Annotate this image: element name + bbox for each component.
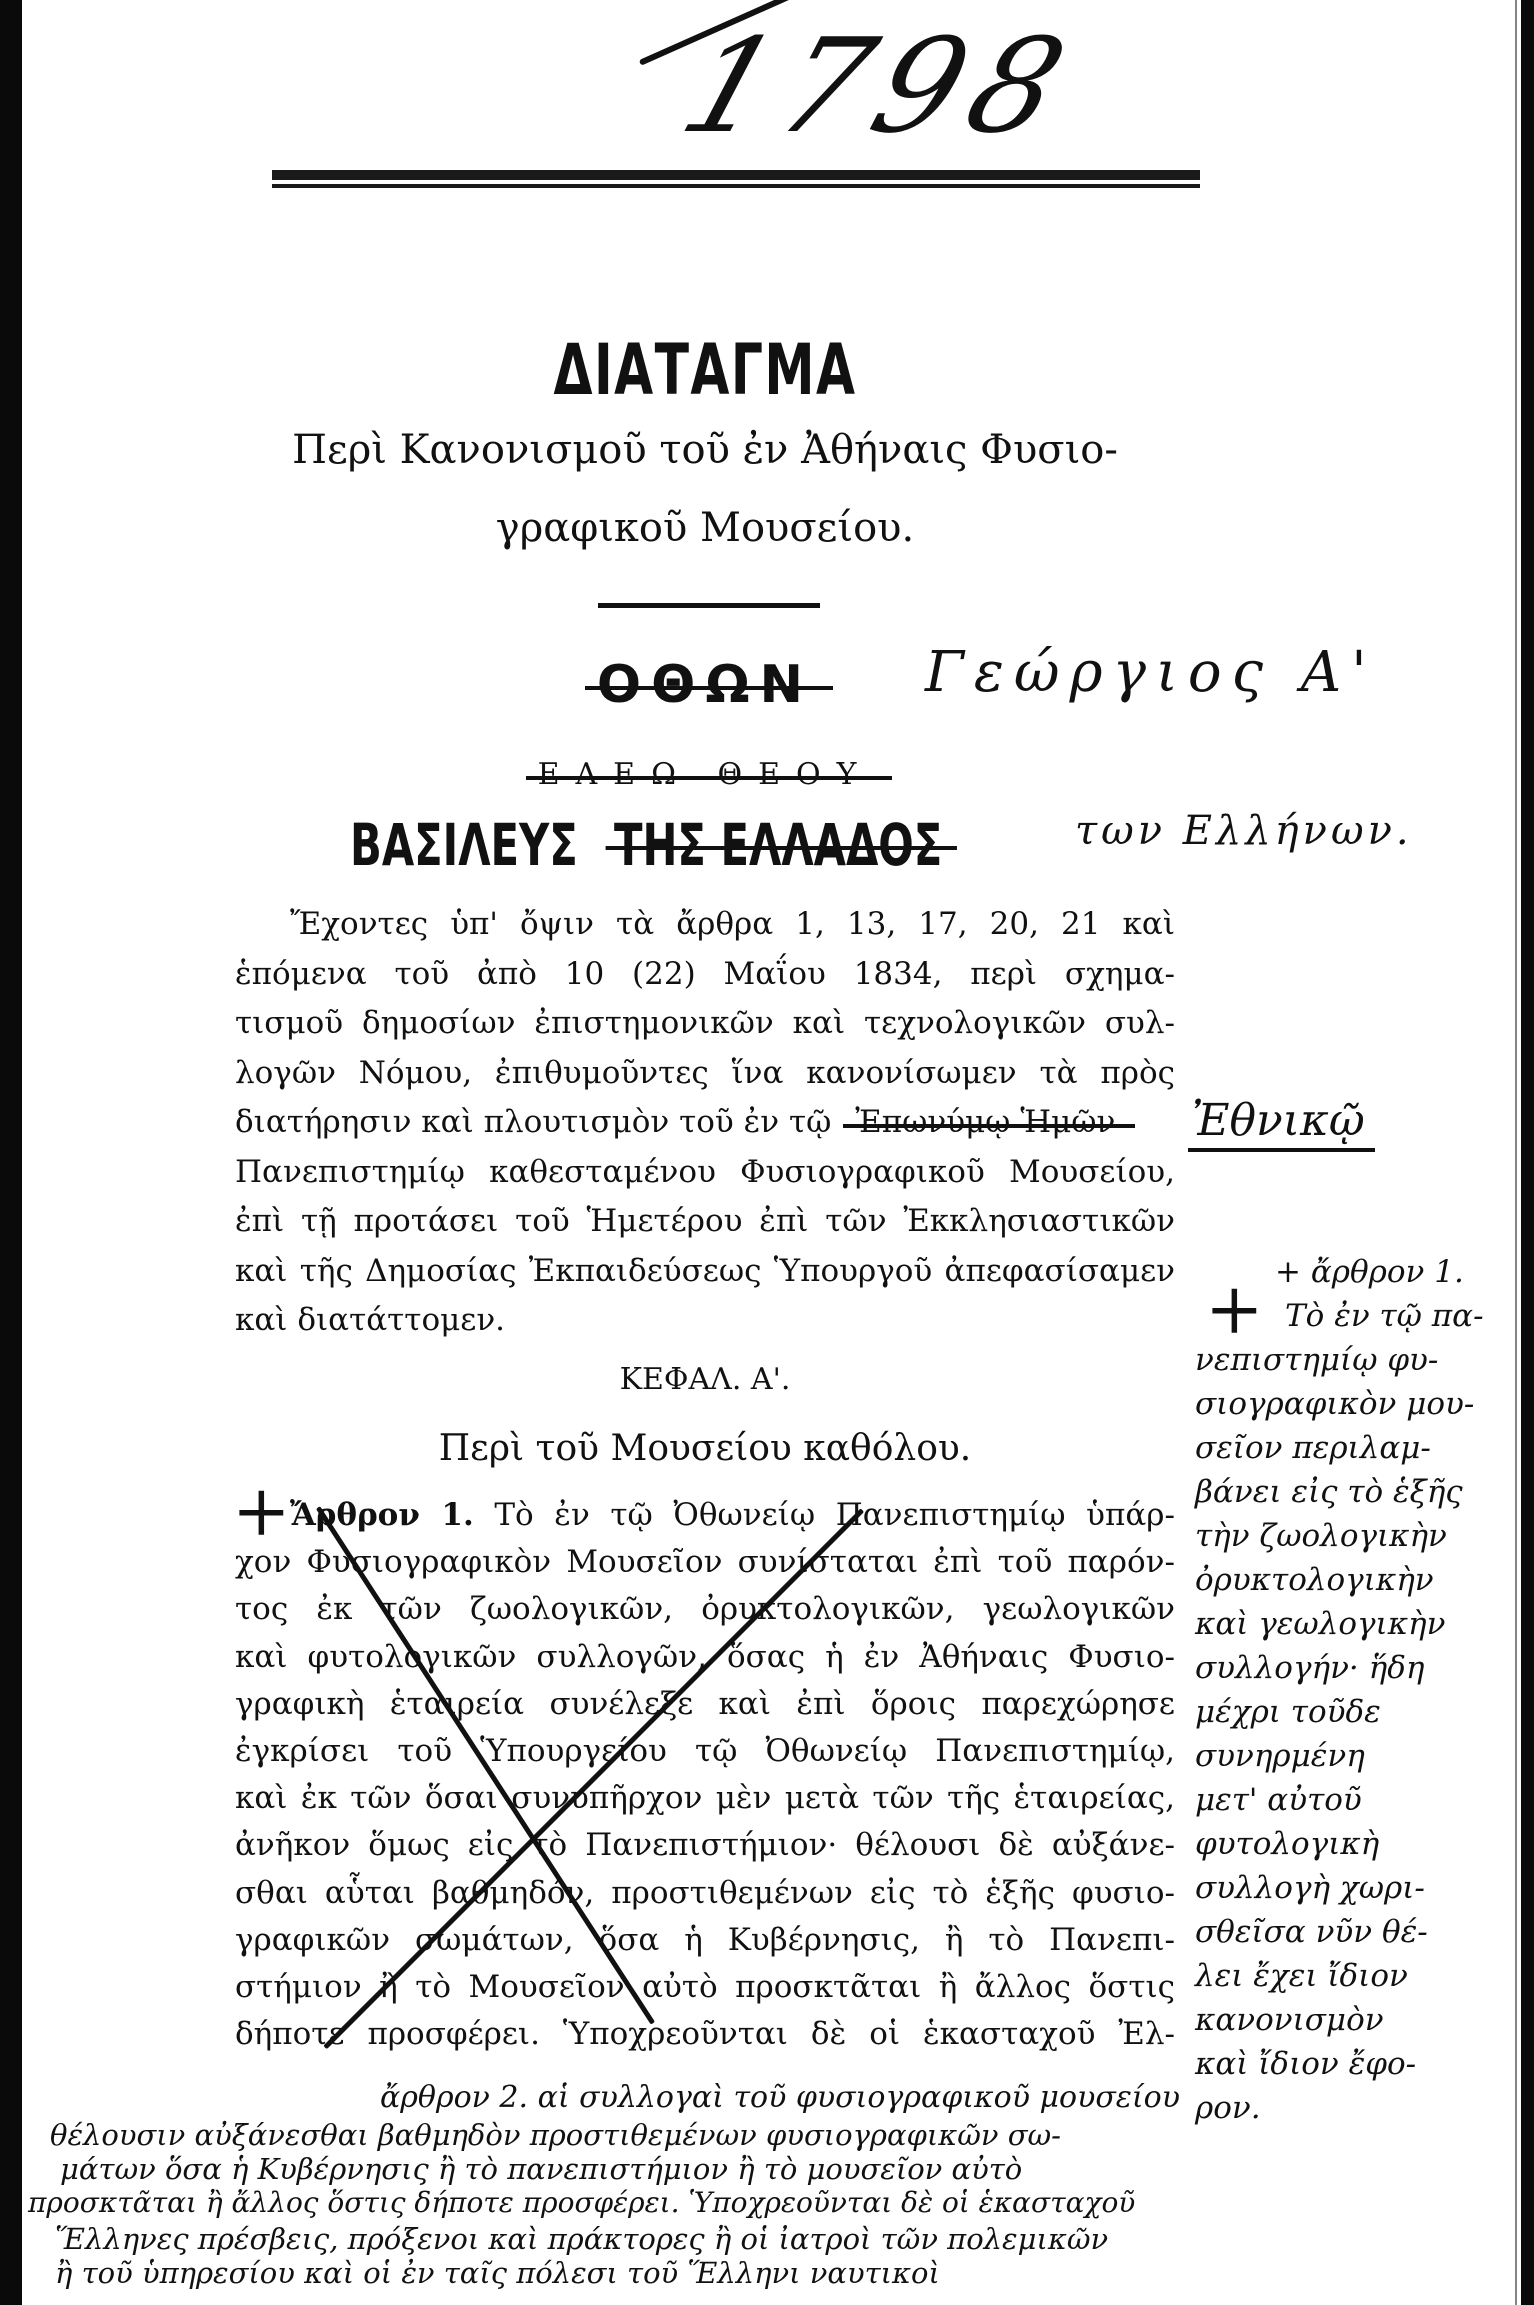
bottom-annotation-line: Ἕλληνες πρέσβεις, πρόξενοι καὶ πράκτορες…: [55, 2222, 1108, 2256]
bottom-annotation-line: προσκτᾶται ἢ ἄλλος ὅστις δήποτε προσφέρε…: [28, 2186, 1135, 2219]
margin-line: Τὸ ἐν τῷ πα-: [1195, 1294, 1515, 1338]
header-double-rule: [272, 170, 1200, 192]
royal-name-handwritten: Γεώργιος Α': [925, 640, 1377, 705]
page-edge-line: [1515, 0, 1517, 2305]
article-line: γραφικῶν σωμάτων, ὅσα ἡ Κυβέρνησις, ἢ τὸ…: [235, 1917, 1175, 1964]
royal-name-printed-struck: ΟΘΩΝ: [597, 655, 813, 715]
grace-of-god-block: ΕΛΕΩ ΘΕΟΥ: [230, 755, 1180, 795]
preamble-line: Πανεπιστημίῳ καθεσταμένου Φυσιογραφικοῦ …: [235, 1148, 1175, 1198]
preamble-line: Ἔχοντες ὑπ' ὄψιν τὰ ἄρθρα 1, 13, 17, 20,…: [235, 900, 1175, 950]
king-title-line: ΒΑΣΙΛΕΥΣ ΤΗΣ ΕΛΛΑΔΟΣ: [350, 810, 942, 880]
scan-edge-left: [0, 0, 22, 2305]
subtitle-line-2: γραφικοῦ Μουσείου.: [230, 503, 1180, 553]
margin-line: φυτολογικὴ: [1195, 1822, 1515, 1866]
margin-line: κανονισμὸν: [1195, 1998, 1515, 2042]
scan-edge-right: [1521, 0, 1534, 2305]
bottom-annotation-line: μάτων ὅσα ἡ Κυβέρνησις ἢ τὸ πανεπιστήμιο…: [60, 2152, 1022, 2186]
preamble-line: λογῶν Νόμου, ἐπιθυμοῦντες ἵνα κανονίσωμε…: [235, 1049, 1175, 1099]
handwritten-insert: Ἐθνικῷ: [1188, 1095, 1375, 1152]
article-line: δήποτε προσφέρει. Ὑποχρεοῦνται δὲ οἱ ἑκα…: [235, 2011, 1175, 2058]
preamble-line: ἐπὶ τῇ προτάσει τοῦ Ἡμετέρου ἐπὶ τῶν Ἐκκ…: [235, 1197, 1175, 1247]
margin-line: βάνει εἰς τὸ ἑξῆς: [1195, 1470, 1515, 1514]
article-line: χον Φυσιογραφικὸν Μουσεῖον συνίσταται ἐπ…: [235, 1539, 1175, 1586]
margin-line: ρον.: [1195, 2086, 1515, 2130]
margin-line: καὶ γεωλογικὴν: [1195, 1602, 1515, 1646]
margin-line: + ἄρθρον 1.: [1195, 1250, 1515, 1294]
article-1-paragraph: Ἄρθρον 1. Τὸ ἐν τῷ Ὀθωνείῳ Πανεπιστημίῳ …: [235, 1492, 1175, 2058]
chapter-title: Περὶ τοῦ Μουσείου καθόλου.: [230, 1425, 1180, 1473]
document-title: ΔΙΑΤΑΓΜΑ: [363, 330, 1047, 410]
article-line: στήμιον ἢ τὸ Μουσεῖον αὐτὸ προσκτᾶται ἢ …: [235, 1964, 1175, 2011]
article-line: σθαι αὗται βαθμηδόν, προστιθεμένων εἰς τ…: [235, 1870, 1175, 1917]
article-line: καὶ φυτολογικῶν συλλογῶν, ὅσας ἡ ἐν Ἀθήν…: [235, 1634, 1175, 1681]
margin-line: ὀρυκτολογικὴν: [1195, 1558, 1515, 1602]
margin-line: λει ἔχει ἴδιον: [1195, 1954, 1515, 1998]
of-greeks-handwritten: των Ελλήνων.: [1075, 808, 1413, 854]
article-line: καὶ ἐκ τῶν ὅσαι συνυπῆρχον μὲν μετὰ τῶν …: [235, 1775, 1175, 1822]
margin-line: συλλογὴ χωρι-: [1195, 1866, 1515, 1910]
margin-line: μέχρι τοῦδε: [1195, 1690, 1515, 1734]
bottom-annotation-line: ἄρθρον 2. αἱ συλλογαὶ τοῦ φυσιογραφικοῦ …: [380, 2080, 1180, 2115]
preamble-line: καὶ τῆς Δημοσίας Ἐκπαιδεύσεως Ὑπουργοῦ ἀ…: [235, 1247, 1175, 1297]
preamble-line: ἑπόμενα τοῦ ἀπὸ 10 (22) Μαΐου 1834, περὶ…: [235, 950, 1175, 1000]
subtitle-line-1: Περὶ Κανονισμοῦ τοῦ ἐν Ἀθήναις Φυσιο-: [230, 425, 1180, 475]
section-rule: [598, 603, 820, 608]
article-line: ἐγκρίσει τοῦ Ὑπουργείου τῷ Ὀθωνείῳ Πανεπ…: [235, 1728, 1175, 1775]
margin-line: συνηρμένη: [1195, 1734, 1515, 1778]
preamble-line-text: διατήρησιν καὶ πλουτισμὸν τοῦ ἐν τῷ: [235, 1104, 831, 1140]
margin-line: συλλογήν· ἥδη: [1195, 1646, 1515, 1690]
preamble-line: τισμοῦ δημοσίων ἐπιστημονικῶν καὶ τεχνολ…: [235, 999, 1175, 1049]
handwritten-number: 1798: [665, 10, 1093, 162]
article-1-label: Ἄρθρον 1.: [290, 1497, 474, 1533]
preamble-paragraph: Ἔχοντες ὑπ' ὄψιν τὰ ἄρθρα 1, 13, 17, 20,…: [235, 900, 1175, 1346]
bottom-annotation-line: θέλουσιν αὐξάνεσθαι βαθμηδὸν προστιθεμέν…: [50, 2118, 1061, 2152]
margin-line: σεῖον περιλαμ-: [1195, 1426, 1515, 1470]
preamble-line: διατήρησιν καὶ πλουτισμὸν τοῦ ἐν τῷ Ἐπων…: [235, 1098, 1175, 1148]
margin-line: σθεῖσα νῦν θέ-: [1195, 1910, 1515, 1954]
article-line-text: Τὸ ἐν τῷ Ὀθωνείῳ Πανεπιστημίῳ ὑπάρ-: [494, 1497, 1175, 1533]
preamble-line: καὶ διατάττομεν.: [235, 1296, 1175, 1346]
struck-words: Ἐπωνύμῳ Ἡμῶν: [855, 1098, 1115, 1148]
article-line: ἀνῆκον ὅμως εἰς τὸ Πανεπιστήμιον· θέλουσ…: [235, 1822, 1175, 1869]
margin-line: νεπιστημίῳ φυ-: [1195, 1338, 1515, 1382]
of-greece-struck: ΤΗΣ ΕΛΛΑΔΟΣ: [614, 810, 942, 880]
article-line: Ἄρθρον 1. Τὸ ἐν τῷ Ὀθωνείῳ Πανεπιστημίῳ …: [235, 1492, 1175, 1539]
margin-annotation: + ἄρθρον 1. Τὸ ἐν τῷ πα- νεπιστημίῳ φυ- …: [1195, 1250, 1515, 2130]
margin-line: σιογραφικὸν μου-: [1195, 1382, 1515, 1426]
article-line: γραφικὴ ἑταιρεία συνέλεξε καὶ ἐπὶ ὅροις …: [235, 1681, 1175, 1728]
margin-line: καὶ ἴδιον ἔφο-: [1195, 2042, 1515, 2086]
grace-of-god-struck: ΕΛΕΩ ΘΕΟΥ: [538, 755, 873, 795]
margin-line: μετ' αὐτοῦ: [1195, 1778, 1515, 1822]
bottom-annotation-line: ἢ τοῦ ὑπηρεσίου καὶ οἱ ἐν ταῖς πόλεσι το…: [55, 2256, 940, 2290]
chapter-heading: ΚΕΦΑΛ. Α'.: [230, 1360, 1180, 1400]
margin-line: τὴν ζωολογικὴν: [1195, 1514, 1515, 1558]
king-label: ΒΑΣΙΛΕΥΣ: [350, 811, 578, 879]
